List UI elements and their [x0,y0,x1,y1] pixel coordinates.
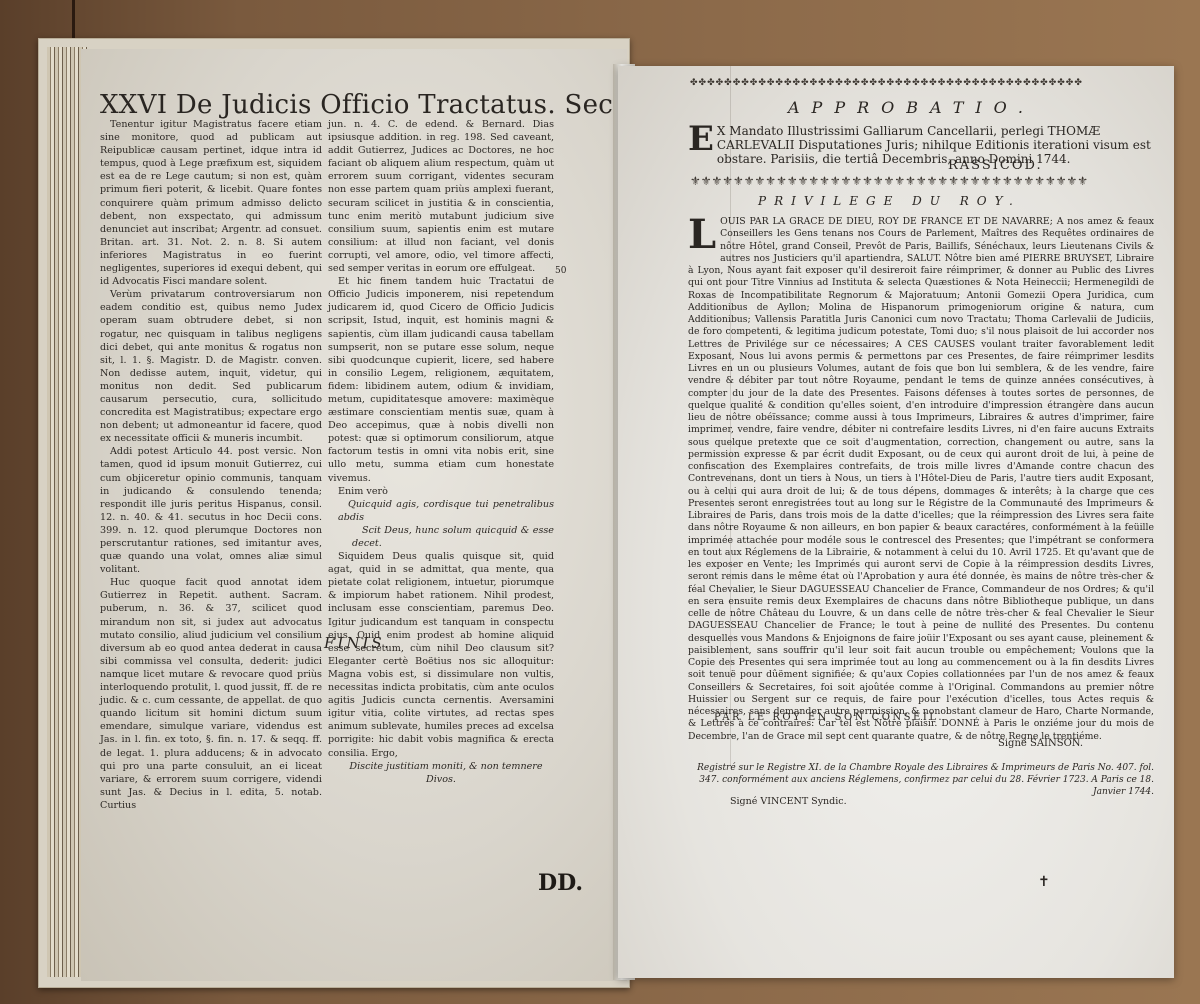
par-le-roy: PAR LE ROY EN SON CONSEIL. [714,712,944,723]
table-seam [72,0,75,40]
finis-label: FINIS. [324,634,392,652]
ornament-top: ✤✤✤✤✤✤✤✤✤✤✤✤✤✤✤✤✤✤✤✤✤✤✤✤✤✤✤✤✤✤✤✤✤✤✤✤✤✤✤✤… [690,78,1152,88]
privilege-body: OUIS PAR LA GRACE DE DIEU, ROY DE FRANCE… [688,216,1154,742]
approbatio-text: E X Mandato Illustrissimi Galliarum Canc… [688,124,1154,166]
left-column-a: Tenentur igitur Magistratus facere etiam… [100,118,322,812]
cross-mark-icon: ✝ [1038,874,1050,890]
paragraph: Tenentur igitur Magistratus facere etiam… [100,118,322,288]
registration-note: Registré sur le Registre XI. de la Chamb… [694,762,1154,798]
fleuron-ornament: ⚜⚜⚜⚜⚜⚜⚜⚜⚜⚜⚜⚜⚜⚜⚜⚜⚜⚜⚜⚜⚜⚜⚜⚜⚜⚜⚜⚜⚜⚜⚜⚜⚜⚜⚜⚜⚜ [690,174,1152,188]
paragraph: Siquidem Deus qualis quisque sit, quid a… [328,550,554,760]
signature-sainson: Signé SAINSON. [998,738,1083,749]
drop-cap: E [688,124,714,154]
motto: Discite justitiam moniti, & non temnere … [328,760,554,786]
margin-number: 50 [555,266,566,276]
left-column-b: jun. n. 4. C. de edend. & Bernard. Dias … [328,118,554,786]
approbatio-title: APPROBATIO. [788,98,1035,117]
verse-line: Scit Deus, hunc solum quicquid & esse de… [328,524,554,550]
paragraph: Verùm privatarum controversiarum non ead… [100,288,322,445]
signature-mark: DD. [538,870,583,896]
paragraph: Addi potest Articulo 44. post versic. No… [100,445,322,576]
paragraph: Huc quoque facit quod annotat idem Gutie… [100,576,322,812]
running-head: XXVI De Judicis Officio Tractatus. Sect.… [100,90,681,120]
approbatio-body: X Mandato Illustrissimi Galliarum Cancel… [717,124,1151,166]
privilege-text: L OUIS PAR LA GRACE DE DIEU, ROY DE FRAN… [688,216,1154,743]
right-page: ✤✤✤✤✤✤✤✤✤✤✤✤✤✤✤✤✤✤✤✤✤✤✤✤✤✤✤✤✤✤✤✤✤✤✤✤✤✤✤✤… [618,66,1174,978]
open-book: XXVI De Judicis Officio Tractatus. Sect.… [38,38,1178,988]
approbatio-signature: RASSICOD. [948,158,1043,173]
paragraph: Et hic finem tandem huic Tractatui de Of… [328,275,554,485]
paragraph: Enim verò [328,485,554,498]
privilege-title: PRIVILEGE DU ROY. [758,194,1021,208]
signature-vincent: Signé VINCENT Syndic. [730,796,847,807]
verse-line: Quicquid agis, cordisque tui penetralibu… [328,498,554,524]
drop-cap: L [688,216,716,254]
paragraph: jun. n. 4. C. de edend. & Bernard. Dias … [328,118,554,275]
